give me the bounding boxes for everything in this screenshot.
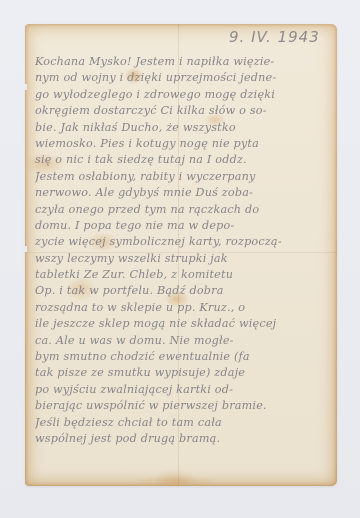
letter-line: tabletki Ze Zur. Chleb, z komitetu (35, 267, 331, 283)
letter-line: po wyjściu zwalniającej kartki od- (35, 382, 331, 398)
torn-edge-notch (24, 246, 27, 252)
letter-line: okręgiem dostarczyć Ci kilka słów o so- (35, 103, 331, 119)
letter-line: Op. i tak w portfelu. Bądź dobra (35, 283, 331, 299)
letter-line: bym smutno chodzić ewentualnie (fa (35, 349, 331, 365)
letter-line: go wyłodzeglego i zdrowego mogę dzięki (35, 87, 331, 103)
letter-line: Kochana Mysko! Jestem i napiłka więzie- (35, 54, 331, 70)
letter-body: Kochana Mysko! Jestem i napiłka więzie- … (35, 54, 331, 447)
letter-date: 9. IV. 1943 (229, 28, 320, 46)
letter-line: zycie więcej symbolicznej karty, rozpocz… (35, 234, 331, 250)
letter-line: czyła onego przed tym na rączkach do (35, 202, 331, 218)
letter-line: nerwowo. Ale gdybyś mnie Duś zoba- (35, 185, 331, 201)
letter-line: nym od wojny i dzięki uprzejmości jedne- (35, 70, 331, 86)
letter-line: Jestem osłabiony, rabity i wyczerpany (35, 169, 331, 185)
letter-line: wszy leczymy wszelki strupki jak (35, 251, 331, 267)
torn-edge-notch (24, 84, 27, 90)
letter-line: ile jeszcze sklep mogą nie składać więce… (35, 316, 331, 332)
letter-line: ca. Ale u was w domu. Nie mogłe- (35, 333, 331, 349)
letter-line: domu. I popa tego nie ma w depo- (35, 218, 331, 234)
letter-line: bierając uwspólnić w pierwszej bramie. (35, 398, 331, 414)
letter-line: wspólnej jest pod drugą bramą. (35, 431, 331, 447)
letter-paper: 9. IV. 1943 Kochana Mysko! Jestem i napi… (25, 24, 337, 486)
letter-line: tak pisze ze smutku wypisuje) zdaje (35, 365, 331, 381)
letter-line: się o nic i tak siedzę tutaj na I oddz. (35, 152, 331, 168)
letter-line: Jeśli będziesz chciał to tam cała (35, 415, 331, 431)
letter-line: rozsądna to w sklepie u pp. Kruz., o (35, 300, 331, 316)
letter-line: wiemosko. Pies i kotugy nogę nie pyta (35, 136, 331, 152)
letter-line: bie. Jak nikłaś Ducho, że wszystko (35, 120, 331, 136)
